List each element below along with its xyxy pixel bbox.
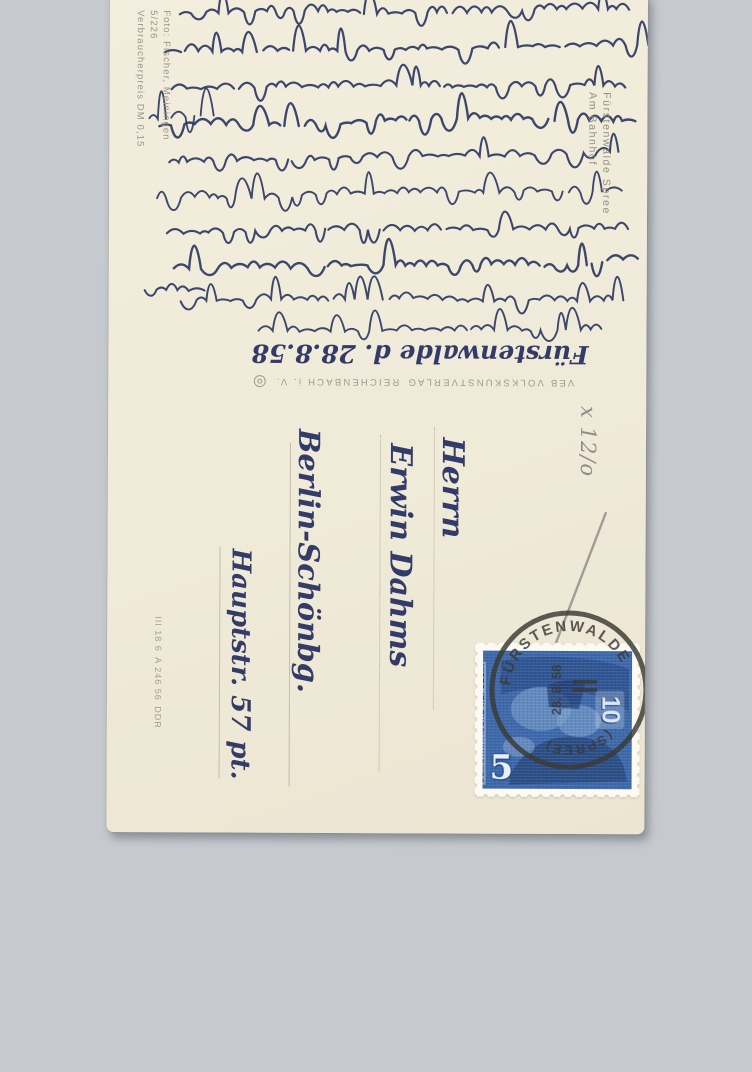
message-stroke — [145, 284, 205, 296]
caption-line2: Am Bahnhof — [585, 92, 600, 215]
order-number: 5/226 — [146, 10, 160, 147]
postcard-scan: Fürstenwalde d. 28.8.58 Fürstenwalde Spr… — [0, 0, 752, 1072]
publisher-text: VEB VOLKSKUNSTVERLAG REICHENBACH i. V. — [275, 376, 575, 388]
message-dateline: Fürstenwalde d. 28.8.58 — [174, 338, 588, 369]
photo-credit: Foto: Fischer, Meiningen — [159, 10, 173, 147]
message-stroke — [159, 92, 635, 140]
publisher-logo-icon — [254, 375, 267, 388]
postcard-back: Fürstenwalde d. 28.8.58 Fürstenwalde Spr… — [106, 0, 648, 834]
message-stroke — [172, 64, 626, 103]
message-stroke — [157, 170, 622, 213]
message-stroke — [174, 238, 638, 277]
address-line-name: Erwin Dahms — [382, 443, 418, 667]
caption-imprint: Fürstenwalde Spree Am Bahnhof — [585, 92, 614, 215]
print-code: III 18 6 A 246 56 DDR — [153, 616, 163, 729]
address-line-city: Berlin-Schönbg. — [291, 429, 326, 693]
message-stroke — [169, 132, 618, 173]
message-stroke — [167, 210, 628, 245]
postmark-date: 28. 8. 58 — [549, 665, 564, 716]
edge-imprints: Foto: Fischer, Meiningen 5/226 Verbrauch… — [133, 10, 173, 147]
message-stroke — [181, 275, 624, 314]
postmark-region: (SPREE) — [542, 728, 616, 758]
price-imprint: Verbraucherpreis DM 0,15 — [133, 10, 147, 147]
postmark-bridge-bar — [573, 688, 597, 692]
postmark: FÜRSTENWALDE (SPREE) 28. 8. 58 — [469, 590, 648, 791]
message-stroke — [180, 0, 629, 27]
publisher-imprint: VEB VOLKSKUNSTVERLAG REICHENBACH i. V. — [166, 374, 574, 389]
address-line-street: Hauptstr. 57 pt. — [225, 549, 256, 780]
pencil-note: x 12/o — [576, 406, 600, 477]
address-line-herrn: Herrn — [435, 437, 470, 538]
message-stroke — [258, 306, 601, 341]
svg-text:(SPREE): (SPREE) — [542, 728, 616, 758]
message-stroke — [165, 19, 648, 64]
postmark-bridge-bar — [573, 680, 597, 684]
caption-line1: Fürstenwalde Spree — [599, 92, 614, 215]
